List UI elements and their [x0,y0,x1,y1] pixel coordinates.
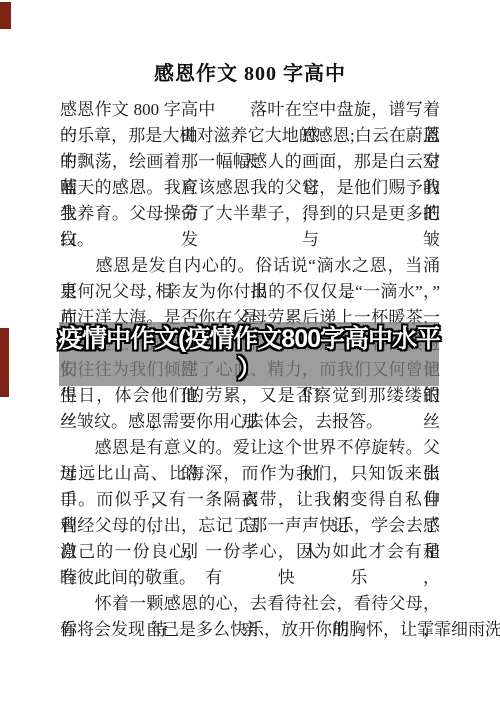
text-line: 你将会发现自己是多么快乐，放开你的胸怀，让霏霏细雨洗 [60,617,440,643]
text-line: 怀着一颗感恩的心，去看待社会，看待父母，看待亲朋， [60,591,440,617]
text-line: 曾经父母的付出，忘记了那一声声快乐，学会去感激别人是 [60,513,440,539]
page-title: 感恩作文 800 字高中 [0,57,500,86]
text-line: 自己的一份良心，一份孝心，因为如此才会有和睦，有快乐， [60,539,440,565]
caption-overlay-band: 疫情中作文(疫情作文800字高中水平 ） [59,322,439,386]
text-line: 中飘荡，绘画着那一幅幅感人的画面，那是白云对哺育它的 [60,149,440,175]
text-line: 更何况父母，亲友为你付出的不仅仅是“一滴水”，而是一 [60,279,440,305]
red-edge-mark [0,328,9,397]
red-corner-mark [0,2,11,29]
caption-overlay-text-line1: 疫情中作文(疫情作文800字高中水平 [58,324,440,354]
text-line: 远远比山高、比海深，而作为我们，只知饭来张口，衣来伸 [60,461,440,487]
text-line: 感恩是发自内心的。俗话说“滴水之恩，当涌泉相报。” [60,253,440,279]
text-line: 蓝天的感恩。我应该感恩我的父母，是他们赐予我生命，把 [60,175,440,201]
text-line: 感恩是有意义的。爱让这个世界不停旋转。父母的付出 [60,435,440,461]
text-line: 的乐章，那是大树对滋养它大地的感恩;白云在蔚蓝的天空 [60,123,440,149]
text-line: 我养育。父母操劳了大半辈子，得到的只是更多的白发与皱 [60,201,440,227]
text-line: 感恩作文 800 字高中 落叶在空中盘旋，谱写着一曲感恩 [60,97,440,123]
document-page: 感恩作文 800 字高中 感恩作文 800 字高中 落叶在空中盘旋，谱写着一曲感… [0,0,500,707]
caption-overlay-text-line2: ） [237,354,261,384]
text-line: 手。而似乎又有一条隔离带，让我们变得自私自利，忘记了 [60,487,440,513]
text-line: 生日，体会他们的劳累，又是否察觉到那缕缕银丝，那一丝 [60,383,440,409]
